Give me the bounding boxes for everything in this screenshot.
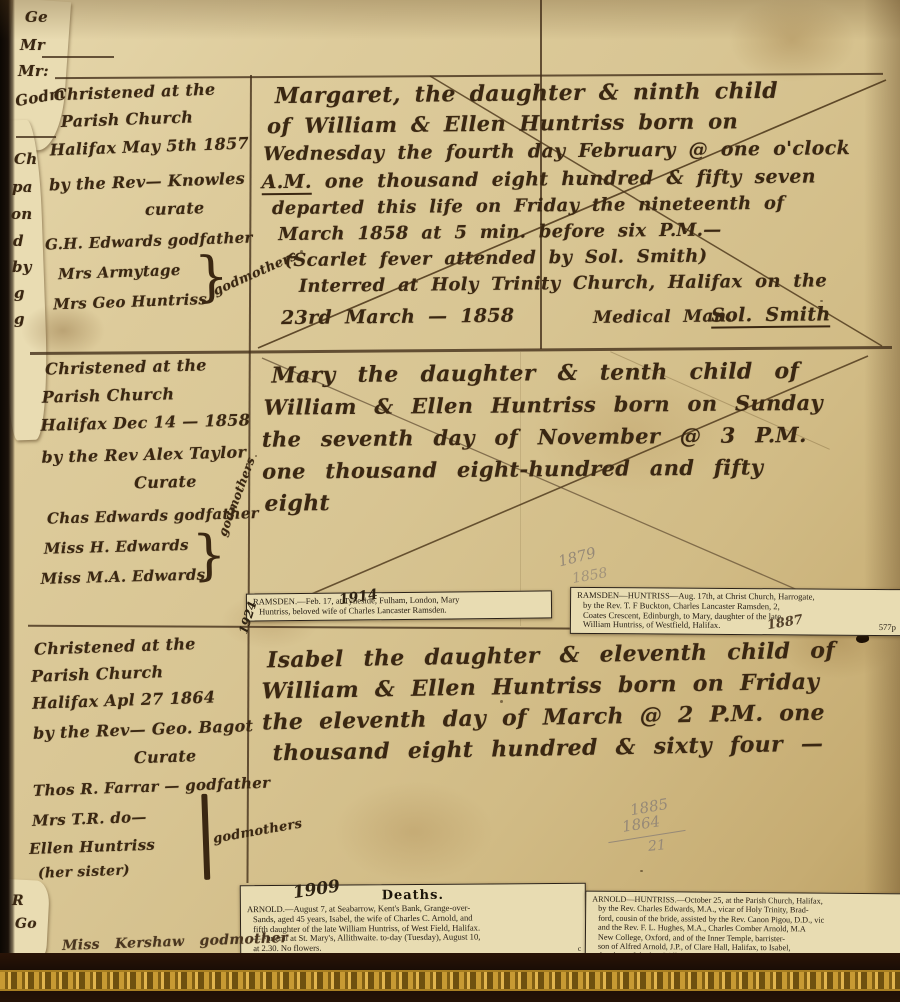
margin-fragment: on bbox=[11, 205, 33, 223]
entry1-record: Margaret, the daughter & ninth child of … bbox=[261, 77, 892, 349]
record-line: of William & Ellen Huntriss born on bbox=[267, 108, 738, 138]
clipping-ramsden-marriage: RAMSDEN—HUNTRISS—Aug. 17th, at Christ Ch… bbox=[570, 587, 900, 637]
entry3-side-column: Christened at the Parish Church Halifax … bbox=[30, 632, 256, 884]
clipping-line: Huntriss, beloved wife of Charles Lancas… bbox=[259, 604, 545, 617]
record-line: the eleventh day of March @ 2 P.M. one bbox=[262, 700, 825, 736]
record-line: departed this life on Friday the ninetee… bbox=[272, 193, 785, 219]
christening-date: Halifax Dec 14 — 1858 bbox=[40, 410, 250, 434]
christening-note: Parish Church bbox=[60, 107, 193, 131]
margin-fragment: g bbox=[14, 310, 25, 328]
record-line: the seventh day of November @ 3 P.M. bbox=[262, 422, 807, 452]
record-line: Mary the daughter & tenth child of bbox=[271, 358, 799, 389]
clipping-page-ref: 577p bbox=[879, 623, 896, 633]
record-line: one thousand eight-hundred and fifty bbox=[262, 454, 763, 483]
christening-date: Halifax May 5th 1857 bbox=[49, 134, 249, 160]
curate-label: curate bbox=[145, 198, 205, 219]
margin-fragment: R bbox=[12, 893, 24, 909]
officiant-note: by the Rev— Geo. Bagot bbox=[33, 716, 254, 743]
register-page: Ge Mr Mr: Godm Ch pa on d by g g R Go Ch… bbox=[0, 0, 900, 1002]
medical-man-name: Sol. Smith bbox=[711, 303, 831, 328]
margin-dash bbox=[42, 56, 114, 58]
curate-label: Curate bbox=[134, 746, 197, 767]
record-line: thousand eight hundred & sixty four — bbox=[272, 731, 823, 767]
christening-date: Halifax Apl 27 1864 bbox=[32, 687, 216, 712]
record-line: (Scarlet fever attended by Sol. Smith) bbox=[284, 246, 707, 271]
entry1-side-column: Christened at the Parish Church Halifax … bbox=[46, 79, 255, 346]
record-line: 23rd March — 1858 bbox=[281, 305, 515, 329]
godfather-note: Thos R. Farrar — godfather bbox=[33, 774, 271, 800]
godmother-name: Ellen Huntriss bbox=[29, 836, 156, 858]
record-line: A.M. one thousand eight hundred & fifty … bbox=[262, 165, 816, 193]
pencil-subtraction-result: 21 bbox=[647, 837, 666, 855]
pencil-year-note: 1879 bbox=[556, 544, 597, 571]
christening-note: Christened at the bbox=[54, 80, 216, 105]
ink-speck bbox=[255, 455, 257, 457]
margin-fragment: pa bbox=[12, 178, 33, 196]
margin-fragment: Go bbox=[15, 916, 37, 932]
clipping-line: William Huntriss, of Westfield, Halifax. bbox=[583, 620, 895, 632]
margin-fragment: d bbox=[13, 232, 24, 250]
record-line: March 1858 at 5 min. before six P.M.— bbox=[278, 219, 722, 245]
margin-fragment: Ch bbox=[14, 150, 37, 168]
entry3-record: Isabel the daughter & eleventh child of … bbox=[261, 637, 891, 788]
officiant-note: by the Rev Alex Taylor bbox=[41, 442, 246, 466]
officiant-note: by the Rev— Knowles bbox=[49, 169, 246, 195]
godmothers-label: godmothers bbox=[212, 816, 303, 846]
margin-fragment: g bbox=[14, 284, 25, 302]
record-line: William & Ellen Huntriss born on Sunday bbox=[264, 390, 824, 420]
christening-note: Christened at the bbox=[45, 355, 207, 378]
book-gutter bbox=[0, 0, 15, 1002]
gold-tooling-band bbox=[0, 970, 900, 991]
godmother-relation: (her sister) bbox=[38, 863, 131, 882]
margin-fragment: Ge bbox=[25, 8, 48, 26]
record-line: William & Ellen Huntriss born on Friday bbox=[261, 669, 819, 705]
record-line: eight bbox=[264, 490, 330, 517]
christening-note: Parish Church bbox=[31, 662, 164, 686]
record-line: Interred at Holy Trinity Church, Halifax… bbox=[299, 270, 828, 297]
handwritten-side-year: 1924 bbox=[236, 600, 259, 636]
entry2-side-column: Christened at the Parish Church Halifax … bbox=[39, 354, 255, 599]
record-line: Margaret, the daughter & ninth child bbox=[275, 78, 778, 109]
pencil-subtraction-mid: 1864 bbox=[621, 812, 662, 836]
am-label: A.M. bbox=[262, 171, 312, 196]
ink-speck bbox=[640, 870, 643, 872]
record-line-rest: one thousand eight hundred & fifty seven bbox=[325, 165, 816, 192]
clipping-ramsden-death: RAMSDEN.—Feb. 17, at Tyneside, Fulham, L… bbox=[246, 590, 552, 621]
entry2-record: Mary the daughter & tenth child of Willi… bbox=[261, 357, 890, 532]
christening-note: Parish Church bbox=[42, 384, 175, 406]
pencil-year-note: 1858 bbox=[571, 565, 609, 587]
record-line: Isabel the daughter & eleventh child of bbox=[267, 637, 835, 673]
godmothers-bracket bbox=[201, 794, 210, 880]
book-binding-bottom bbox=[0, 953, 900, 1002]
curate-label: Curate bbox=[134, 472, 197, 493]
margin-fragment: Mr bbox=[20, 36, 45, 54]
record-line: Wednesday the fourth day February @ one … bbox=[263, 137, 850, 165]
christening-note: Christened at the bbox=[34, 634, 196, 659]
godmothers-brace: } bbox=[193, 244, 230, 308]
godmothers-label: godmothers bbox=[215, 455, 257, 538]
godmother-name: Mrs T.R. do— bbox=[32, 808, 147, 830]
godmother-name: Miss M.A. Edwards bbox=[40, 566, 205, 588]
horizontal-rule-middle bbox=[30, 346, 892, 355]
margin-fragment: by bbox=[12, 258, 32, 276]
clipping-arnold-death: Deaths. 1909 ARNOLD.—August 7, at Seabar… bbox=[240, 883, 587, 958]
godmother-name: Miss H. Edwards bbox=[44, 536, 189, 558]
godmother-name: Mrs Armytage bbox=[58, 261, 181, 283]
margin-fragment: Mr: bbox=[18, 62, 49, 80]
godmother-name: Mrs Geo Huntriss bbox=[53, 290, 208, 313]
